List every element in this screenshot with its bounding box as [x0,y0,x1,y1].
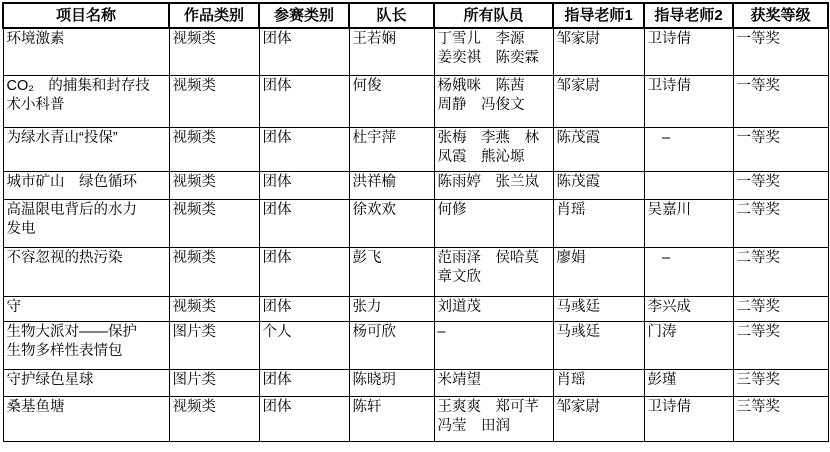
cell-r7-c7: 二等奖 [733,321,828,369]
cell-r3-c0: 城市矿山 绿色循环 [3,171,169,199]
column-header-1: 作品类别 [169,3,259,28]
cell-r9-c4: 王爽爽 郑可芊 冯莹 田润 [434,396,553,441]
cell-r6-c4: 刘道茂 [434,296,553,321]
cell-r3-c4: 陈雨婷 张兰岚 [434,171,553,199]
cell-r4-c0: 高温限电背后的水力 发电 [3,199,169,247]
cell-r3-c6 [644,171,733,199]
cell-r6-c1: 视频类 [169,296,259,321]
column-header-7: 获奖等级 [733,3,828,28]
cell-r7-c2: 个人 [259,321,349,369]
cell-r1-c3: 何俊 [349,75,434,127]
cell-r0-c7: 一等奖 [733,28,828,75]
cell-r4-c6: 吴嘉川 [644,199,733,247]
table-row-8: 守护绿色星球图片类团体陈晓玥米靖望肖瑶彭瑾三等奖 [3,369,828,396]
cell-r4-c2: 团体 [259,199,349,247]
cell-r1-c2: 团体 [259,75,349,127]
cell-r9-c5: 邹家尉 [553,396,644,441]
cell-r4-c5: 肖瑶 [553,199,644,247]
cell-r0-c2: 团体 [259,28,349,75]
cell-r5-c6: – [644,247,733,296]
cell-r2-c6: – [644,127,733,171]
table-row-4: 高温限电背后的水力 发电视频类团体徐欢欢何修肖瑶吴嘉川二等奖 [3,199,828,247]
cell-r6-c7: 二等奖 [733,296,828,321]
cell-r2-c7: 一等奖 [733,127,828,171]
cell-r1-c0: CO₂ 的捕集和封存技 术小科普 [3,75,169,127]
cell-r8-c5: 肖瑶 [553,369,644,396]
cell-r9-c1: 视频类 [169,396,259,441]
cell-r7-c3: 杨可欣 [349,321,434,369]
table-row-6: 守视频类团体张力刘道茂马彧廷李兴成二等奖 [3,296,828,321]
cell-r6-c3: 张力 [349,296,434,321]
column-header-4: 所有队员 [434,3,553,28]
awards-table: 项目名称作品类别参赛类别队长所有队员指导老师1指导老师2获奖等级 环境激素视频类… [2,2,829,442]
cell-r6-c6: 李兴成 [644,296,733,321]
cell-r2-c0: 为绿水青山“投保” [3,127,169,171]
cell-r4-c3: 徐欢欢 [349,199,434,247]
cell-r1-c5: 邹家尉 [553,75,644,127]
cell-r4-c7: 二等奖 [733,199,828,247]
cell-r8-c0: 守护绿色星球 [3,369,169,396]
cell-r5-c2: 团体 [259,247,349,296]
cell-r5-c3: 彭飞 [349,247,434,296]
table-header-row: 项目名称作品类别参赛类别队长所有队员指导老师1指导老师2获奖等级 [3,3,828,28]
cell-r2-c2: 团体 [259,127,349,171]
cell-r1-c6: 卫诗倩 [644,75,733,127]
table-row-0: 环境激素视频类团体王若娴丁雪儿 李源 姜奕祺 陈奕霖邹家尉卫诗倩一等奖 [3,28,828,75]
cell-r4-c4: 何修 [434,199,553,247]
cell-r3-c3: 洪祥榆 [349,171,434,199]
cell-r1-c7: 一等奖 [733,75,828,127]
cell-r8-c7: 三等奖 [733,369,828,396]
cell-r6-c5: 马彧廷 [553,296,644,321]
cell-r9-c6: 卫诗倩 [644,396,733,441]
cell-r6-c2: 团体 [259,296,349,321]
cell-r7-c1: 图片类 [169,321,259,369]
cell-r2-c5: 陈茂霞 [553,127,644,171]
cell-r2-c1: 视频类 [169,127,259,171]
cell-r0-c6: 卫诗倩 [644,28,733,75]
cell-r3-c7: 一等奖 [733,171,828,199]
cell-r3-c5: 陈茂霞 [553,171,644,199]
cell-r5-c7: 二等奖 [733,247,828,296]
cell-r1-c1: 视频类 [169,75,259,127]
cell-r5-c1: 视频类 [169,247,259,296]
cell-r7-c5: 马彧廷 [553,321,644,369]
cell-r8-c1: 图片类 [169,369,259,396]
cell-r4-c1: 视频类 [169,199,259,247]
cell-r6-c0: 守 [3,296,169,321]
cell-r8-c3: 陈晓玥 [349,369,434,396]
cell-r8-c6: 彭瑾 [644,369,733,396]
table-row-5: 不容忽视的热污染视频类团体彭飞范雨泽 侯哈莫 章文欣廖娟 –二等奖 [3,247,828,296]
column-header-3: 队长 [349,3,434,28]
cell-r5-c0: 不容忽视的热污染 [3,247,169,296]
cell-r3-c1: 视频类 [169,171,259,199]
cell-r0-c1: 视频类 [169,28,259,75]
cell-r2-c4: 张梅 李燕 林 凤霞 熊沁塬 [434,127,553,171]
cell-r9-c3: 陈轩 [349,396,434,441]
cell-r1-c4: 杨娥咪 陈茜 周静 冯俊文 [434,75,553,127]
table-row-7: 生物大派对——保护 生物多样性表情包图片类个人杨可欣–马彧廷门涛二等奖 [3,321,828,369]
cell-r7-c4: – [434,321,553,369]
cell-r9-c2: 团体 [259,396,349,441]
table-row-2: 为绿水青山“投保”视频类团体杜宇萍张梅 李燕 林 凤霞 熊沁塬陈茂霞 –一等奖 [3,127,828,171]
column-header-5: 指导老师1 [553,3,644,28]
cell-r9-c0: 桑基鱼塘 [3,396,169,441]
cell-r8-c2: 团体 [259,369,349,396]
cell-r2-c3: 杜宇萍 [349,127,434,171]
table-row-1: CO₂ 的捕集和封存技 术小科普视频类团体何俊杨娥咪 陈茜 周静 冯俊文邹家尉卫… [3,75,828,127]
cell-r0-c0: 环境激素 [3,28,169,75]
document-page: 项目名称作品类别参赛类别队长所有队员指导老师1指导老师2获奖等级 环境激素视频类… [0,0,830,442]
cell-r7-c6: 门涛 [644,321,733,369]
cell-r0-c4: 丁雪儿 李源 姜奕祺 陈奕霖 [434,28,553,75]
cell-r0-c5: 邹家尉 [553,28,644,75]
cell-r5-c4: 范雨泽 侯哈莫 章文欣 [434,247,553,296]
table-row-3: 城市矿山 绿色循环视频类团体洪祥榆陈雨婷 张兰岚陈茂霞一等奖 [3,171,828,199]
cell-r8-c4: 米靖望 [434,369,553,396]
cell-r5-c5: 廖娟 [553,247,644,296]
cell-r0-c3: 王若娴 [349,28,434,75]
cell-r7-c0: 生物大派对——保护 生物多样性表情包 [3,321,169,369]
column-header-0: 项目名称 [3,3,169,28]
table-row-9: 桑基鱼塘视频类团体陈轩王爽爽 郑可芊 冯莹 田润邹家尉卫诗倩三等奖 [3,396,828,441]
column-header-6: 指导老师2 [644,3,733,28]
column-header-2: 参赛类别 [259,3,349,28]
cell-r3-c2: 团体 [259,171,349,199]
cell-r9-c7: 三等奖 [733,396,828,441]
